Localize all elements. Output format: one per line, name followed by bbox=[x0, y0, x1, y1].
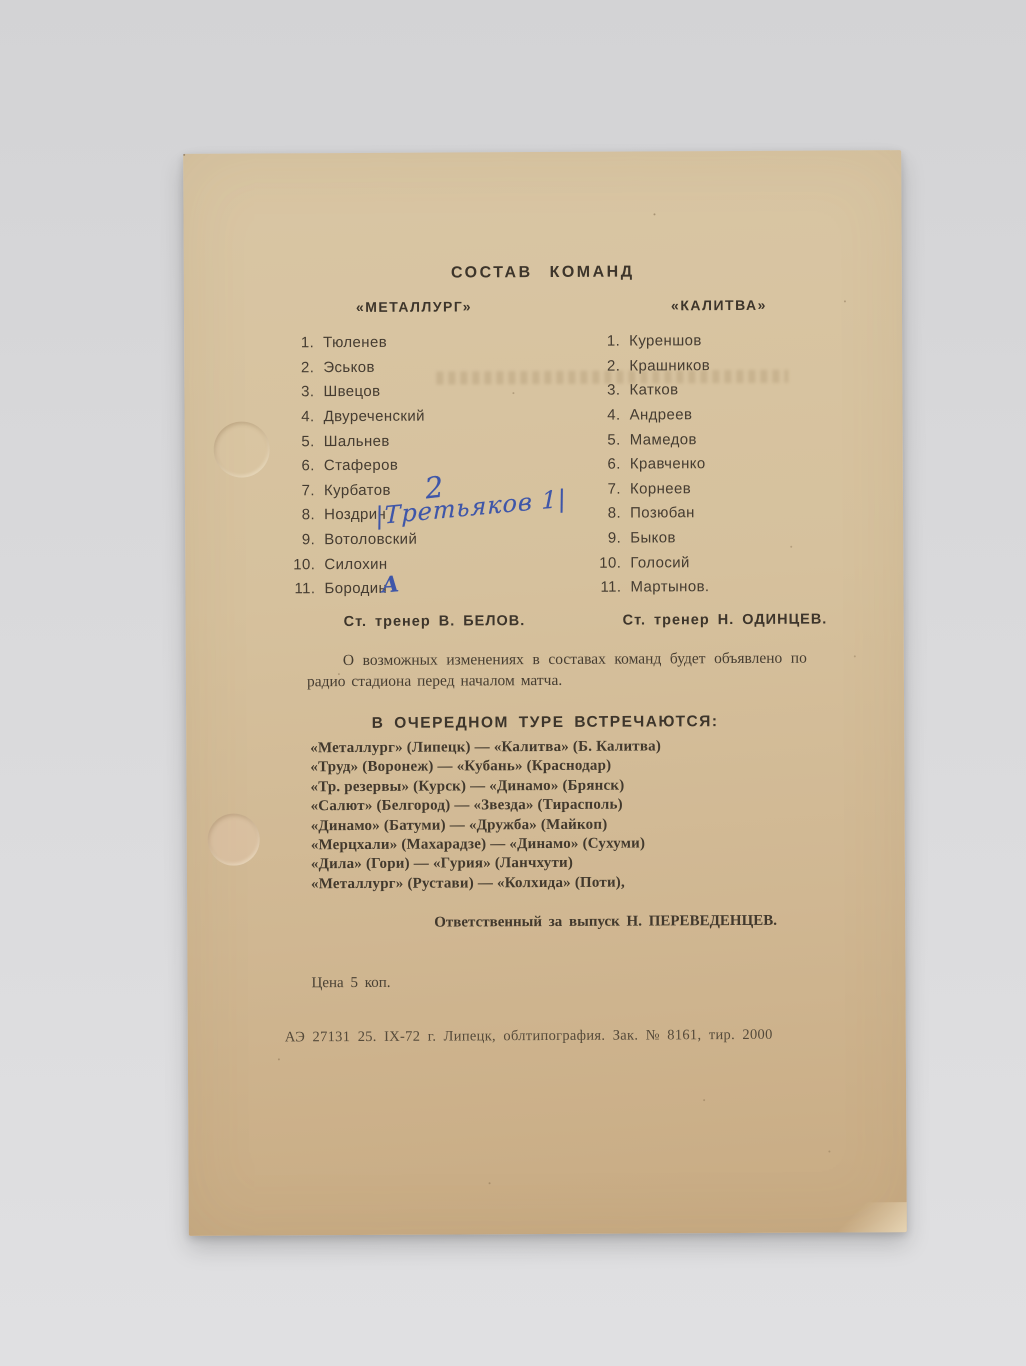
player-name: Вотоловский bbox=[324, 531, 417, 556]
programme-page: СОСТАВ КОМАНД «МЕТАЛЛУРГ» «КАЛИТВА» 1. Т… bbox=[183, 150, 907, 1236]
player-number: 4. bbox=[281, 408, 315, 433]
player-number: 10. bbox=[587, 554, 621, 579]
player-row: 2. Эськов bbox=[280, 358, 570, 384]
player-name: Тюленев bbox=[323, 334, 387, 359]
player-row: 9. Быков bbox=[587, 528, 877, 554]
fixtures-list: «Металлург» (Липецк) — «Калитва» (Б. Кал… bbox=[310, 736, 871, 894]
changes-notice: О возможных изменениях в составах команд… bbox=[307, 649, 807, 693]
player-row: 9. Вотоловский bbox=[281, 530, 571, 556]
player-row: 10. Голосий bbox=[587, 553, 877, 579]
player-name: Эськов bbox=[323, 359, 375, 384]
player-name: Швецов bbox=[323, 383, 380, 408]
player-number: 6. bbox=[281, 457, 315, 482]
player-name: Кравченко bbox=[630, 455, 706, 480]
player-name: Мартынов. bbox=[630, 579, 709, 604]
player-name: Корнеев bbox=[630, 480, 691, 505]
player-name: Андреев bbox=[630, 406, 693, 431]
team-name-kalitva: «КАЛИТВА» bbox=[584, 296, 854, 313]
page-title: СОСТАВ КОМАНД bbox=[184, 262, 902, 284]
player-name: Стаферов bbox=[324, 457, 399, 482]
player-name: Крашников bbox=[629, 357, 710, 382]
team-name-metallurg: «МЕТАЛЛУРГ» bbox=[279, 298, 549, 315]
player-number: 8. bbox=[587, 505, 621, 530]
responsible-line: Ответственный за выпуск Н. ПЕРЕВЕДЕНЦЕВ. bbox=[434, 913, 777, 932]
player-number: 5. bbox=[281, 433, 315, 458]
player-number: 11. bbox=[281, 581, 315, 606]
handwritten-mark-borodin: А bbox=[380, 571, 400, 598]
player-row: 2. Крашников bbox=[586, 356, 876, 382]
player-number: 11. bbox=[587, 579, 621, 604]
player-row: 1. Тюленев bbox=[280, 333, 570, 359]
roster-kalitva: 1. Куреншов 2. Крашников 3. Катков 4. Ан… bbox=[586, 331, 877, 604]
player-row: 8. Позюбан bbox=[587, 504, 877, 530]
imprint-line: АЭ 27131 25. IX-72 г. Липецк, облтипогра… bbox=[285, 1027, 815, 1047]
player-row: 3. Швецов bbox=[280, 382, 570, 408]
player-number: 8. bbox=[281, 507, 315, 532]
player-row: 5. Шальнев bbox=[281, 431, 571, 457]
player-name: Позюбан bbox=[630, 505, 695, 530]
player-row: 7. Корнеев bbox=[587, 479, 877, 505]
player-row: 11. Бородин bbox=[281, 579, 571, 605]
player-name: Силохин bbox=[324, 556, 387, 581]
coach-metallurg: Ст. тренер В. БЕЛОВ. bbox=[344, 613, 526, 630]
punch-hole-mark-top bbox=[214, 421, 270, 477]
player-number: 5. bbox=[587, 431, 621, 456]
player-name: Куреншов bbox=[629, 332, 702, 357]
player-number: 2. bbox=[586, 357, 620, 382]
player-number: 4. bbox=[587, 407, 621, 432]
player-number: 3. bbox=[586, 382, 620, 407]
player-number: 2. bbox=[280, 359, 314, 384]
player-number: 7. bbox=[587, 480, 621, 505]
player-row: 3. Катков bbox=[586, 381, 876, 407]
player-name: Катков bbox=[629, 382, 678, 407]
player-name: Быков bbox=[630, 529, 676, 554]
punch-hole-mark-bottom bbox=[208, 813, 260, 865]
player-row: 4. Двуреченский bbox=[281, 407, 571, 433]
player-row: 1. Куреншов bbox=[586, 331, 876, 357]
next-round-heading: В ОЧЕРЕДНОМ ТУРЕ ВСТРЕЧАЮТСЯ: bbox=[186, 712, 904, 734]
price-line: Цена 5 коп. bbox=[311, 975, 390, 992]
player-number: 1. bbox=[586, 333, 620, 358]
player-number: 3. bbox=[280, 383, 314, 408]
player-row: 6. Кравченко bbox=[587, 454, 877, 480]
player-number: 1. bbox=[280, 334, 314, 359]
player-number: 9. bbox=[587, 530, 621, 555]
fixture-line: «Металлург» (Рустави) — «Колхида» (Поти)… bbox=[311, 872, 871, 894]
player-row: 11. Мартынов. bbox=[587, 578, 877, 604]
roster-metallurg: 1. Тюленев 2. Эськов 3. Швецов 4. Двуреч… bbox=[280, 333, 571, 606]
player-number: 7. bbox=[281, 482, 315, 507]
player-name: Мамедов bbox=[630, 431, 697, 456]
player-row: 5. Мамедов bbox=[587, 430, 877, 456]
player-row: 10. Силохин bbox=[281, 555, 571, 581]
player-name: Двуреченский bbox=[324, 408, 426, 433]
player-row: 4. Андреев bbox=[587, 405, 877, 431]
paper-specks bbox=[183, 154, 185, 156]
coach-kalitva: Ст. тренер Н. ОДИНЦЕВ. bbox=[623, 612, 828, 629]
player-number: 9. bbox=[281, 531, 315, 556]
player-number: 6. bbox=[587, 456, 621, 481]
player-name: Бородин bbox=[324, 580, 387, 605]
player-name: Шальнев bbox=[324, 432, 390, 457]
player-name: Голосий bbox=[630, 554, 690, 579]
player-number: 10. bbox=[281, 556, 315, 581]
photo-of-programme: { "colors": { "background": "#d8d8da", "… bbox=[0, 0, 1026, 1366]
